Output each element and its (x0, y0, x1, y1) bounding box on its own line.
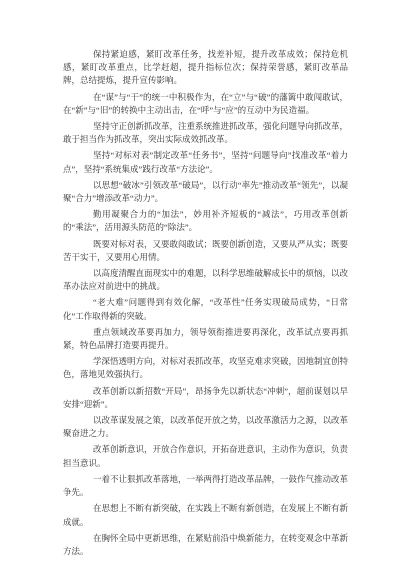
paragraph: 以改革谋发展之策，以改革促开放之势，以改革激活力之源，以改革聚奋进之力。 (63, 414, 348, 440)
paragraph: 在胸怀全局中更新思维，在紧贴前沿中焕新能力，在转变观念中革新方法。 (63, 532, 348, 558)
paragraph: 勤用凝聚合力的“加法”，妙用补齐短板的“减法”，巧用改革创新的“乘法”，活用源头… (63, 208, 348, 234)
paragraph: 学深悟透明方向，对标对表抓改革，攻坚克难求突破，因地制宜创特色，落地见效强执行。 (63, 355, 348, 381)
document-body: 保持紧迫感，紧盯改革任务，找差补短，提升改革成效；保持危机感，紧盯改革重点，比学… (63, 48, 348, 558)
paragraph: 一着不让狠抓改革落地，一举两得打造改革品牌，一鼓作气推动改革争先。 (63, 473, 348, 499)
paragraph: 在思想上不断有新突破，在实践上不断有新创造，在发展上不断有新成就。 (63, 502, 348, 528)
paragraph: 重点领域改革要再加力，领导领衔推进要再深化，改革试点要再抓紧，特色品牌打造要再提… (63, 326, 348, 352)
paragraph: 以思想“破冰”引领改革“破局”，以行动“率先”推动改革“领先”，以凝聚“合力”增… (63, 179, 348, 205)
paragraph: 保持紧迫感，紧盯改革任务，找差补短，提升改革成效；保持危机感，紧盯改革重点，比学… (63, 48, 348, 88)
document-page: 保持紧迫感，紧盯改革任务，找差补短，提升改革成效；保持危机感，紧盯改革重点，比学… (0, 0, 410, 580)
paragraph: 改革创新意识，开放合作意识，开拓奋进意识，主动作为意识，负责担当意识。 (63, 443, 348, 469)
paragraph: “老大难”问题得到有效化解，“改革性”任务实现破局成势，“日常化”工作取得新的突… (63, 296, 348, 322)
paragraph: 在“谋”与“干”的统一中积极作为，在“立”与“破”的藩篱中敢闯敢试，在“新”与“… (63, 91, 348, 117)
paragraph: 改革创新以新招数“开局”，昂扬争先以新状态“冲刺”，超前谋划以早安排“迎新”。 (63, 385, 348, 411)
paragraph: 以高度清醒直面现实中的难题，以科学思维破解成长中的烦恼，以改革办法应对前进中的挑… (63, 267, 348, 293)
paragraph: 坚持守正创新抓改革，注重系统推进抓改革，强化问题导向抓改革，敢于担当作为抓改革，… (63, 120, 348, 146)
paragraph: 既要对标对表，又要敢闯敢试；既要创新创造，又要从严从实；既要苦干实干，又要用心用… (63, 238, 348, 264)
paragraph: 坚持“对标对表”制定改革“任务书”，坚持“问题导向”找准改革“着力点”，坚持“系… (63, 149, 348, 175)
